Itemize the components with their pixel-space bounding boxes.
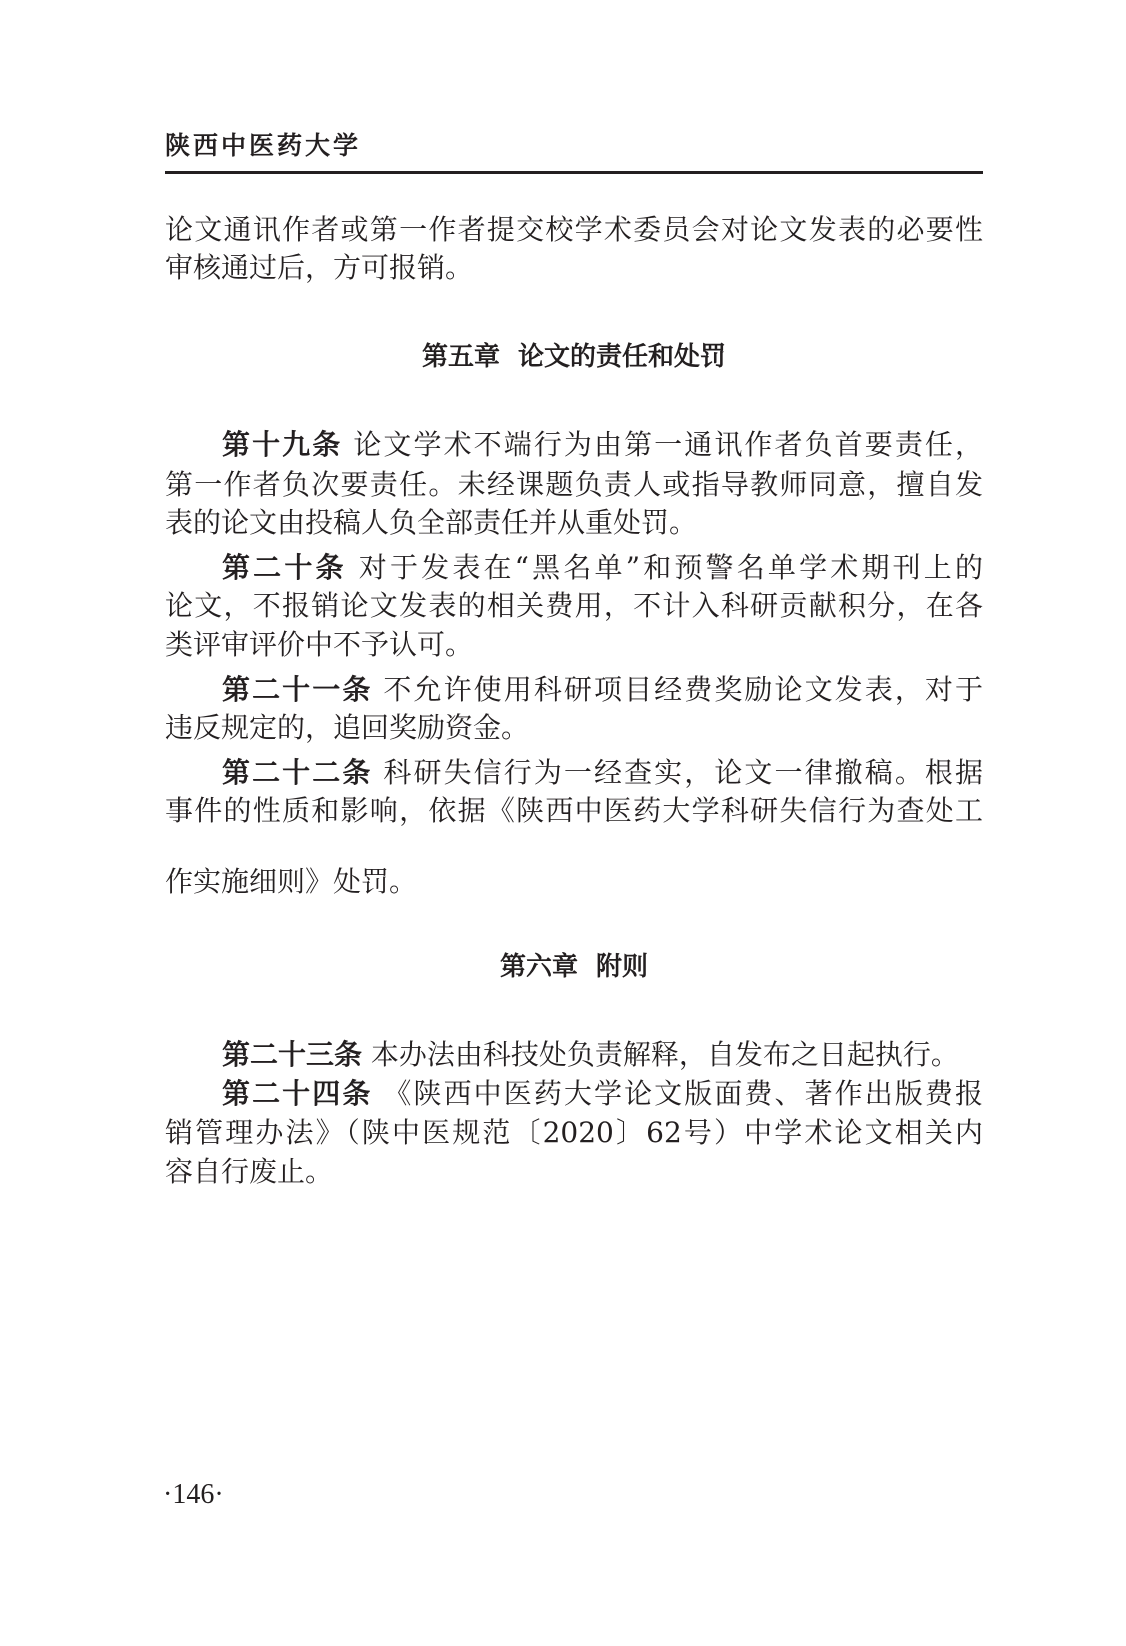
text-line: 容自行废止。 [165, 1153, 983, 1191]
chapter-title: 论文的责任和处罚 [518, 342, 726, 372]
article-label: 第二十三条 [222, 1038, 362, 1071]
running-head-title: 陕西中医药大学 [165, 130, 361, 162]
text-line: 销管理办法》（陕中医规范〔2020〕62号）中学术论文相关内 [165, 1114, 983, 1152]
text-line: 论文，不报销论文发表的相关费用，不计入科研贡献积分，在各 [165, 587, 983, 625]
article-21-line-1: 第二十一条 不允许使用科研项目经费奖励论文发表，对于 [222, 671, 983, 709]
article-19-line-1: 第十九条 论文学术不端行为由第一通讯作者负首要责任， [222, 426, 983, 464]
article-24-line-1: 第二十四条 《陕西中医药大学论文版面费、著作出版费报 [222, 1075, 983, 1113]
header-rule [165, 171, 983, 174]
chapter-6-heading: 第六章附则 [165, 949, 983, 985]
text-line: 类评审评价中不予认可。 [165, 626, 983, 664]
text-line: 论文通讯作者或第一作者提交校学术委员会对论文发表的必要性 [165, 211, 983, 249]
article-label: 第十九条 [222, 428, 342, 461]
article-label: 第二十一条 [222, 673, 372, 706]
chapter-number: 第五章 [422, 342, 500, 372]
text-line: 第一作者负次要责任。未经课题负责人或指导教师同意，擅自发 [165, 466, 983, 504]
article-22-line-1: 第二十二条 科研失信行为一经查实，论文一律撤稿。根据 [222, 754, 983, 792]
text-line: 违反规定的，追回奖励资金。 [165, 709, 983, 747]
page-number: ·146· [163, 1478, 224, 1512]
article-20-line-1: 第二十条 对于发表在“黑名单”和预警名单学术期刊上的 [222, 549, 983, 587]
article-label: 第二十四条 [222, 1077, 372, 1110]
text-line: 审核通过后，方可报销。 [165, 249, 983, 287]
article-label: 第二十二条 [222, 756, 372, 789]
chapter-number: 第六章 [500, 952, 578, 982]
chapter-5-heading: 第五章论文的责任和处罚 [165, 339, 983, 375]
chapter-title: 附则 [596, 952, 648, 982]
text-line: 表的论文由投稿人负全部责任并从重处罚。 [165, 504, 983, 542]
text-line: 事件的性质和影响，依据《陕西中医药大学科研失信行为查处工 [165, 792, 983, 830]
article-label: 第二十条 [222, 551, 347, 584]
article-23-line-1: 第二十三条 本办法由科技处负责解释，自发布之日起执行。 [222, 1036, 983, 1074]
text-line: 作实施细则》处罚。 [165, 863, 983, 901]
